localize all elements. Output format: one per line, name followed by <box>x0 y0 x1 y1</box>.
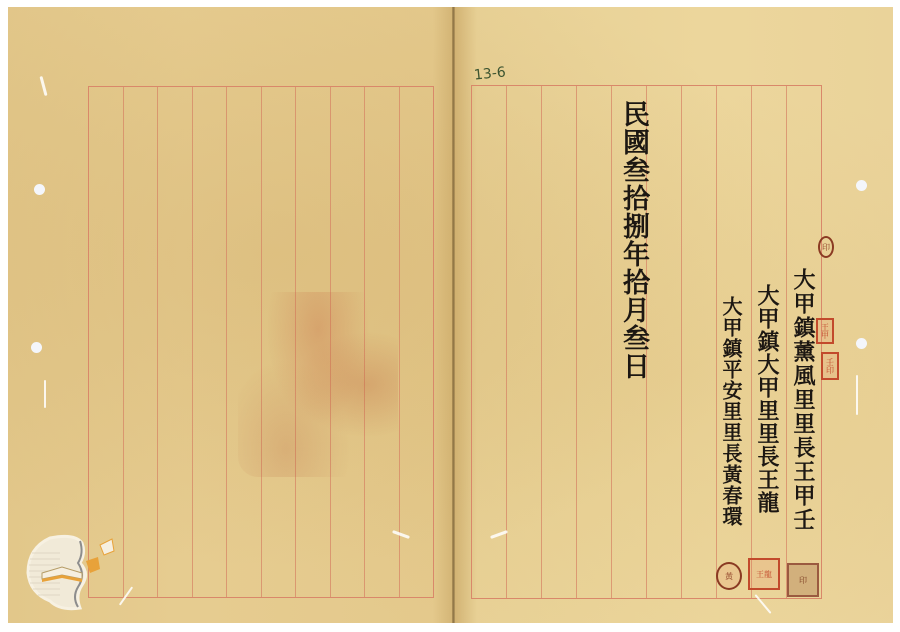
signatory-line-1: 大甲鎮薰風里里長王甲壬 <box>788 268 819 532</box>
red-ink-offset-stain <box>238 292 398 477</box>
punch-hole <box>31 342 42 353</box>
punch-hole <box>34 184 45 195</box>
seal-round-huang: 黃 <box>716 562 742 590</box>
seal-wang-long: 王龍 <box>748 558 780 590</box>
date-line: 民國叁拾捌年拾月叁日 <box>618 100 648 380</box>
page-number-annotation: 13-6 <box>473 64 506 83</box>
seal-small-round: 印 <box>818 236 834 258</box>
paper-damage <box>44 380 46 408</box>
seal-faded: 印 <box>787 563 819 597</box>
right-page <box>455 7 893 623</box>
seal-square-1: 王甲 <box>816 318 834 344</box>
seal-square-2: 壬印 <box>821 352 839 380</box>
signatory-line-2: 大甲鎮大甲里里長王龍 <box>752 284 783 514</box>
punch-hole <box>856 180 867 191</box>
open-book-taiwan-logo-icon <box>20 533 120 613</box>
paper-damage <box>856 375 858 415</box>
signatory-line-3: 大甲鎮平安里里長黃春環 <box>717 296 746 527</box>
left-page <box>8 7 453 623</box>
punch-hole <box>856 338 867 349</box>
